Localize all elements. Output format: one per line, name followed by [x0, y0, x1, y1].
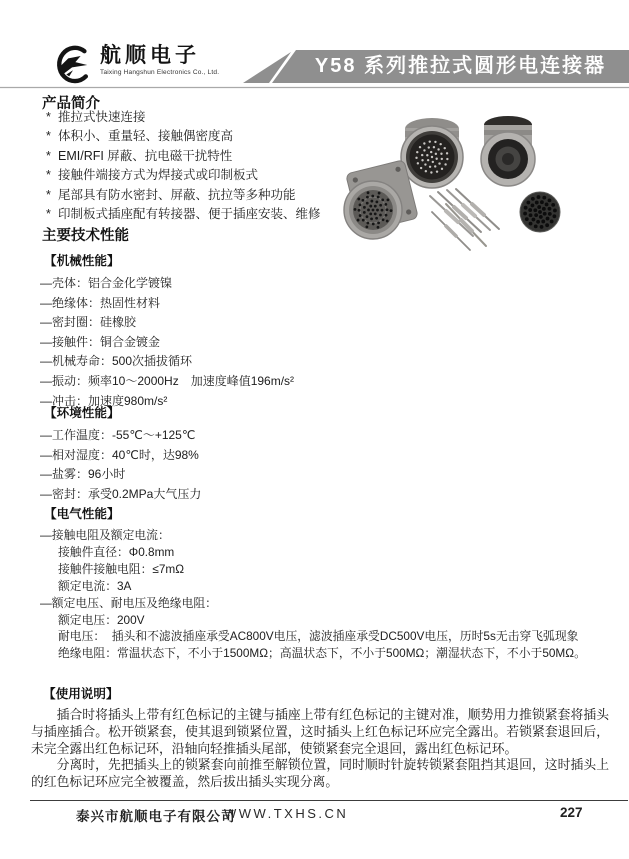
- spec-line: —密封：承受0.2MPa大气压力: [40, 485, 609, 505]
- spec-lines-mechanical: —壳体：铝合金化学镀镍—绝缘体：热固性材料—密封圈：硅橡胶—接触件：铜合金镀金—…: [40, 274, 609, 411]
- bullet-marker: *: [46, 127, 58, 146]
- spec-section-environmental: 【环境性能】 —工作温度：-55℃～+125℃—相对湿度：40℃时，达98%—盐…: [40, 402, 609, 504]
- usage-paragraphs: 插合时将插头上带有红色标记的主键与插座上带有红色标记的主键对准，顺势用力推锁紧套…: [31, 707, 609, 791]
- spec-line: 额定电流：3A: [40, 578, 609, 595]
- bullet-marker: *: [46, 147, 58, 166]
- intro-bullet: *印制板式插座配有转接器、便于插座安装、维修: [46, 205, 321, 224]
- usage-title: 【使用说明】: [43, 683, 609, 702]
- logo: 航顺电子 Taixing Hangshun Electronics Co., L…: [54, 44, 219, 86]
- connector-receptacle: [344, 160, 418, 239]
- intro-bullet: *接触件端接方式为焊接式或印制板式: [46, 166, 321, 185]
- spec-title-mechanical: 【机械性能】: [44, 250, 609, 269]
- product-photo: [334, 100, 626, 260]
- spec-line: —接触电阻及额定电流：: [40, 527, 609, 544]
- spec-lines-environmental: —工作温度：-55℃～+125℃—相对湿度：40℃时，达98%—盐雾：96小时—…: [40, 426, 609, 504]
- connector-shell: [481, 116, 535, 186]
- intro-bullet-list: *推拉式快速连接*体积小、重量轻、接触偶密度高*EMI/RFI 屏蔽、抗电磁干扰…: [46, 108, 321, 224]
- page-number: 227: [560, 805, 583, 820]
- datasheet-page: 航顺电子 Taixing Hangshun Electronics Co., L…: [0, 0, 629, 859]
- spec-line: —接触件：铜合金镀金: [40, 333, 609, 353]
- spec-lines-electrical: —接触电阻及额定电流：接触件直径：Φ0.8mm接触件接触电阻：≤7mΩ额定电流：…: [40, 527, 609, 662]
- bullet-marker: *: [46, 166, 58, 185]
- spec-line: 接触件直径：Φ0.8mm: [40, 544, 609, 561]
- spec-title-electrical: 【电气性能】: [44, 503, 609, 522]
- footer-company: 泰兴市航顺电子有限公司: [76, 805, 236, 825]
- spec-line: 额定电压：200V: [40, 612, 609, 629]
- intro-bullet: *体积小、重量轻、接触偶密度高: [46, 127, 321, 146]
- logo-icon: [54, 44, 92, 86]
- spec-section-electrical: 【电气性能】 —接触电阻及额定电流：接触件直径：Φ0.8mm接触件接触电阻：≤7…: [40, 503, 609, 662]
- insert-disc: [520, 192, 560, 232]
- spec-line: —工作温度：-55℃～+125℃: [40, 426, 609, 446]
- spec-section-mechanical: 【机械性能】 —壳体：铝合金化学镀镍—绝缘体：热固性材料—密封圈：硅橡胶—接触件…: [40, 250, 609, 411]
- usage-paragraph: 插合时将插头上带有红色标记的主键与插座上带有红色标记的主键对准，顺势用力推锁紧套…: [31, 707, 609, 757]
- spec-title-environmental: 【环境性能】: [44, 402, 609, 421]
- spec-line: —振动：频率10～2000Hz 加速度峰值196m/s²: [40, 372, 609, 392]
- connector-plug: [401, 118, 463, 188]
- spec-line: —盐雾：96小时: [40, 465, 609, 485]
- company-name: 航顺电子: [100, 44, 219, 68]
- spec-line: —机械寿命：500次插拔循环: [40, 352, 609, 372]
- spec-line: —绝缘体：热固性材料: [40, 294, 609, 314]
- company-subtitle: Taixing Hangshun Electronics Co., Ltd.: [100, 69, 219, 76]
- intro-bullet: *推拉式快速连接: [46, 108, 321, 127]
- bullet-marker: *: [46, 108, 58, 127]
- page-title: Y58 系列推拉式圆形电连接器: [292, 50, 629, 83]
- spec-line: —相对湿度：40℃时，达98%: [40, 446, 609, 466]
- logo-text: 航顺电子 Taixing Hangshun Electronics Co., L…: [100, 44, 219, 76]
- specs-heading: 主要技术性能: [42, 224, 129, 245]
- spec-line: —密封圈：硅橡胶: [40, 313, 609, 333]
- bullet-marker: *: [46, 186, 58, 205]
- intro-bullet: *尾部具有防水密封、屏蔽、抗拉等多种功能: [46, 186, 321, 205]
- spec-line: 接触件接触电阻：≤7mΩ: [40, 561, 609, 578]
- footer-website: WWW.TXHS.CN: [224, 806, 348, 821]
- footer-rule: [30, 800, 628, 801]
- usage-paragraph: 分离时，先把插头上的锁紧套向前推至解锁位置，同时顺时针旋转锁紧套阻挡其退回，这时…: [31, 757, 609, 791]
- spec-line: 耐电压： 插头和不滤波插座承受AC800V电压，滤波插座承受DC500V电压，历…: [40, 628, 609, 645]
- spec-line: 绝缘电阻：常温状态下，不小于1500MΩ；高温状态下，不小于500MΩ；潮湿状态…: [40, 645, 609, 662]
- contact-pins: [430, 189, 499, 250]
- spec-line: —额定电压、耐电压及绝缘电阻：: [40, 595, 609, 612]
- usage-section: 【使用说明】 插合时将插头上带有红色标记的主键与插座上带有红色标记的主键对准，顺…: [31, 683, 609, 791]
- intro-bullet: *EMI/RFI 屏蔽、抗电磁干扰特性: [46, 147, 321, 166]
- spec-line: —壳体：铝合金化学镀镍: [40, 274, 609, 294]
- bullet-marker: *: [46, 205, 58, 224]
